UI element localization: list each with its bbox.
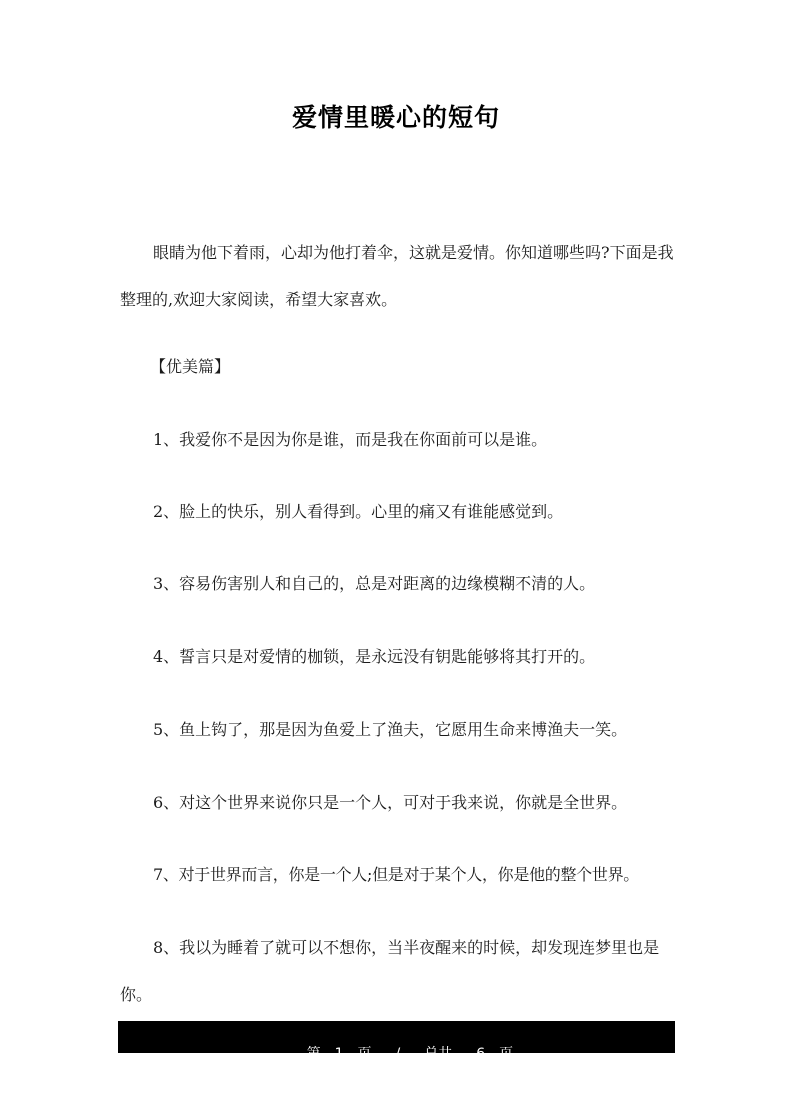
- page-indicator: 第1页/总共6页: [118, 1024, 675, 1084]
- document-title: 爱情里暖心的短句: [0, 100, 792, 136]
- total-pages-number: 6: [476, 1044, 485, 1064]
- list-item: 6、对这个世界来说你只是一个人，可对于我来说，你就是全世界。: [120, 779, 676, 826]
- list-item: 2、脸上的快乐，别人看得到。心里的痛又有谁能感觉到。: [120, 488, 676, 535]
- list-item: 1、我爱你不是因为你是谁，而是我在你面前可以是谁。: [120, 416, 676, 463]
- page-suffix: 页: [357, 1044, 371, 1064]
- total-prefix: 总共: [424, 1044, 452, 1064]
- list-item: 4、誓言只是对爱情的枷锁，是永远没有钥匙能够将其打开的。: [120, 633, 676, 680]
- total-suffix: 页: [499, 1044, 513, 1064]
- list-item: 7、对于世界而言，你是一个人;但是对于某个人，你是他的整个世界。: [120, 851, 680, 898]
- section-heading: 【优美篇】: [120, 343, 676, 390]
- current-page-number: 1: [335, 1044, 344, 1064]
- intro-paragraph: 眼睛为他下着雨，心却为他打着伞，这就是爱情。你知道哪些吗?下面是我整理的,欢迎大…: [120, 229, 676, 323]
- list-item: 3、容易伤害别人和自己的，总是对距离的边缘模糊不清的人。: [120, 560, 676, 607]
- list-item: 8、我以为睡着了就可以不想你，当半夜醒来的时候，却发现连梦里也是你。: [120, 924, 676, 1018]
- page-separator: /: [395, 1044, 400, 1064]
- document-page: 爱情里暖心的短句 眼睛为他下着雨，心却为他打着伞，这就是爱情。你知道哪些吗?下面…: [0, 0, 792, 1120]
- page-prefix: 第: [307, 1044, 321, 1064]
- list-item: 5、鱼上钩了，那是因为鱼爱上了渔夫，它愿用生命来博渔夫一笑。: [120, 706, 676, 753]
- page-footer-bar: 第1页/总共6页: [118, 1021, 675, 1053]
